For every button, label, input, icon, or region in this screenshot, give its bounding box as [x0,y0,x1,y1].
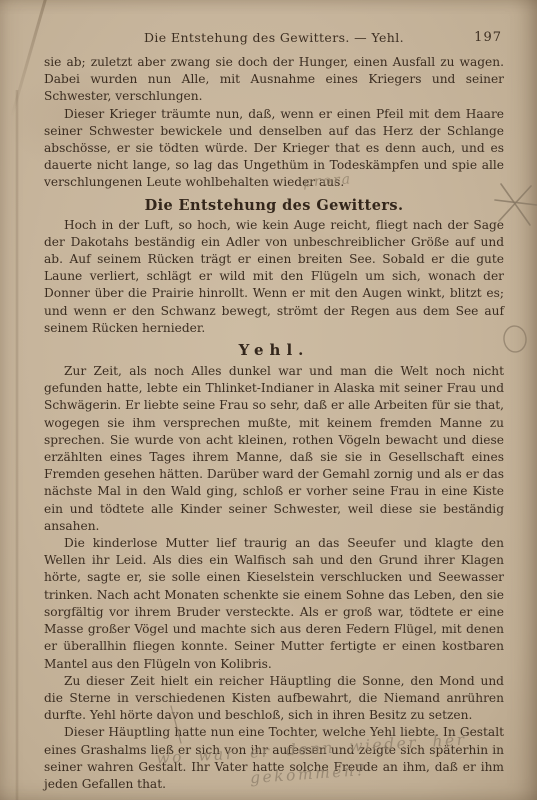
paragraph-yehl-2: Die kinderlose Mutter lief traurig an da… [44,535,504,673]
page-content: Die Entstehung des Gewitters. — Yehl. 19… [44,30,504,793]
pencil-circle-mark [501,323,529,355]
pencil-insertion-stroke [167,704,185,746]
paragraph-yehl-1: Zur Zeit, als noch Alles dunkel war und … [44,363,504,535]
running-header-title: Die Entstehung des Gewitters. — Yehl. [44,30,504,45]
paragraph-yehl-3: Zu dieser Zeit hielt ein reicher Häuptli… [44,673,504,725]
paragraph-continuation: sie ab; zuletzt aber zwang sie doch der … [44,54,504,106]
paragraph-gewitter: Hoch in der Luft, so hoch, wie kein Auge… [44,217,504,337]
book-page-scan: Die Entstehung des Gewitters. — Yehl. 19… [0,0,537,800]
pencil-scribble-annotation: prora [303,171,353,190]
paper-fold-crease-vertical [15,90,19,800]
page-number: 197 [474,30,502,45]
section-heading-yehl: Yehl. [44,341,504,359]
paragraph-krieger: Dieser Krieger träumte nun, daß, wenn er… [44,106,504,192]
section-heading-gewitter: Die Entstehung des Gewitters. [44,197,504,214]
running-header: Die Entstehung des Gewitters. — Yehl. 19… [44,30,504,46]
pencil-asterisk-mark [492,181,537,229]
